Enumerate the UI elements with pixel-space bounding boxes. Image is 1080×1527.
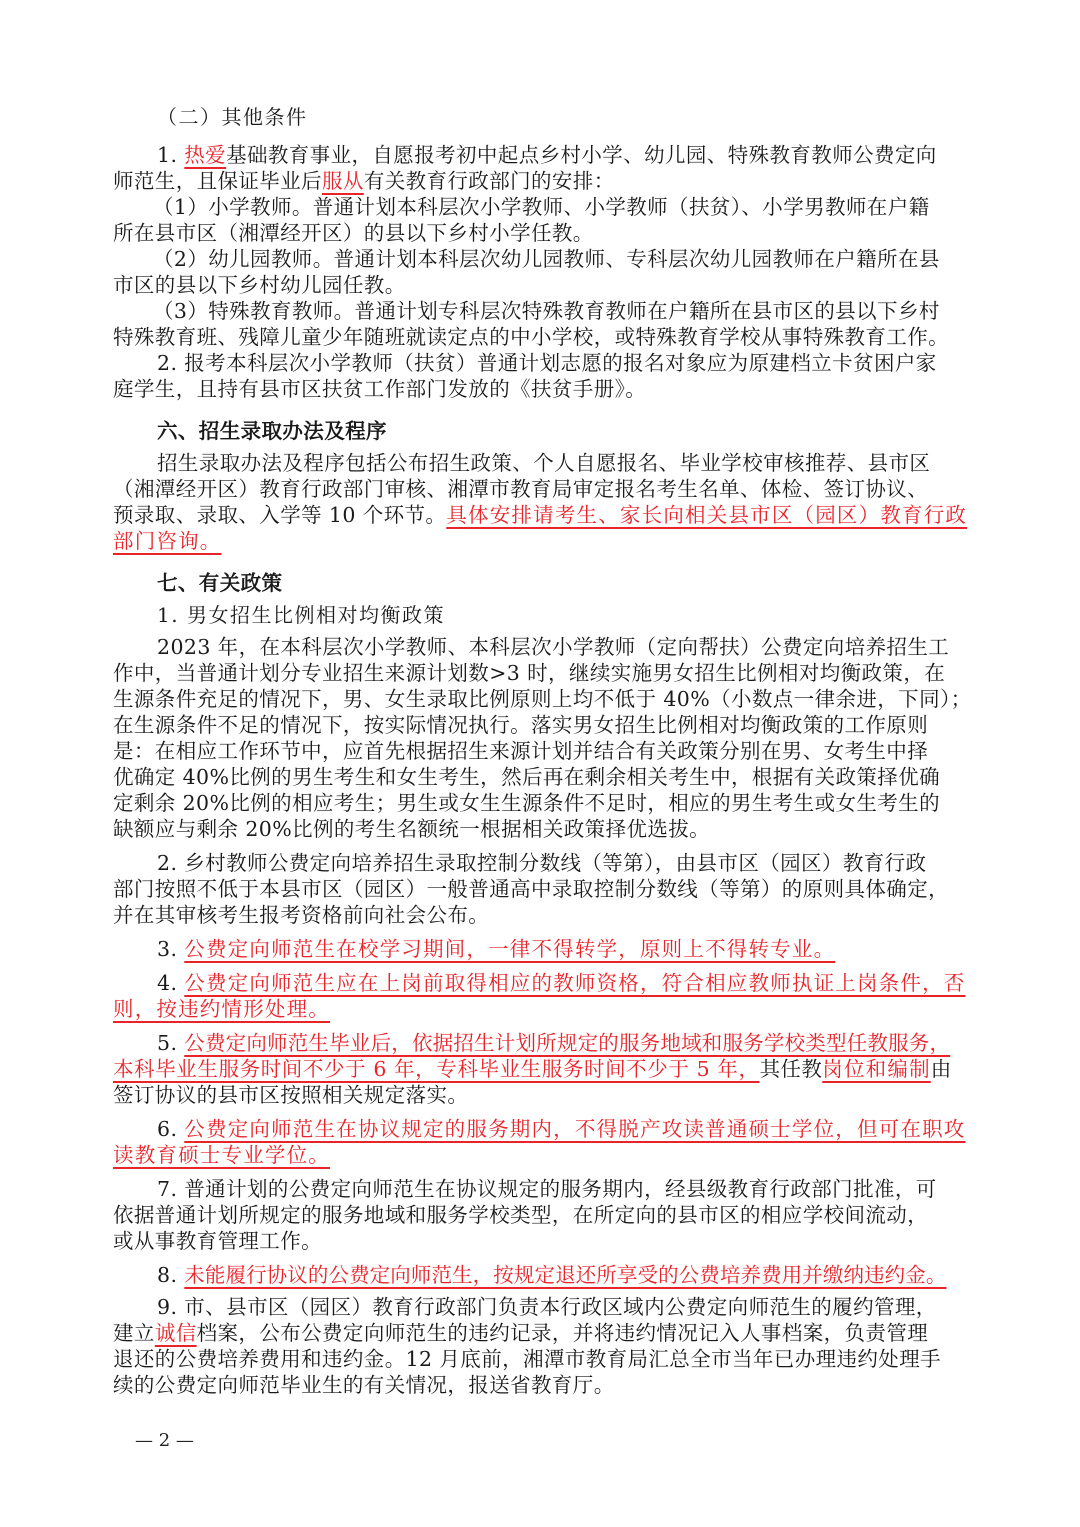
- highlight-text: 公费定向师范生在协议规定的服务期内，不得脱产攻读普通硕士学位，但可在职攻: [184, 1117, 965, 1141]
- policy2-line: 并在其审核考生报考资格前向社会公布。: [113, 902, 489, 928]
- policy9-line3: 退还的公费培养费用和违约金。12 月底前，湘潭市教育局汇总全市当年已办理违约处理…: [113, 1346, 941, 1372]
- policy9-line4: 续的公费定向师范毕业生的有关情况，报送省教育厅。: [113, 1372, 615, 1398]
- sub1-line2: 所在县市区（湘潭经开区）的县以下乡村小学任教。: [113, 220, 594, 246]
- highlight-text: 诚信: [155, 1321, 197, 1345]
- policy3: 3. 公费定向师范生在校学习期间，一律不得转学，原则上不得转专业。: [113, 936, 835, 962]
- sub1-line1: （1）小学教师。普通计划本科层次小学教师、小学教师（扶贫）、小学男教师在户籍: [109, 194, 930, 220]
- subsection-title: （二）其他条件: [113, 104, 308, 130]
- policy4-line1: 4. 公费定向师范生应在上岗前取得相应的教师资格，符合相应教师执证上岗条件，否: [113, 970, 965, 996]
- item2-line2: 庭学生，且持有县市区扶贫工作部门发放的《扶贫手册》。: [113, 376, 646, 402]
- policy9-line2: 建立诚信档案，公布公费定向师范生的违约记录，并将违约情况记入人事档案，负责管理: [113, 1320, 928, 1346]
- paragraph-text: 师范生，且保证毕业后: [113, 169, 322, 193]
- policy7-line: 或从事教育管理工作。: [113, 1228, 322, 1254]
- item-number: 1.: [157, 143, 184, 167]
- paragraph-text: 有关教育行政部门的安排：: [364, 169, 615, 193]
- item-number: 3.: [157, 937, 184, 961]
- highlight-text: 岗位和编制: [822, 1057, 931, 1081]
- highlight-text: 服从: [322, 169, 364, 193]
- item-number: 8.: [157, 1263, 184, 1287]
- sub3-line1: （3）特殊教育教师。普通计划专科层次特殊教育教师在户籍所在县市区的县以下乡村: [109, 298, 940, 324]
- document-page: （二）其他条件 1. 热爱基础教育事业，自愿报考初中起点乡村小学、幼儿园、特殊教…: [0, 0, 1080, 1527]
- page-number: — 2 —: [135, 1430, 194, 1451]
- highlight-text: 公费定向师范生毕业后，依据招生计划所规定的服务地域和服务学校类型任教服务，: [184, 1031, 950, 1055]
- policy9-line1: 9. 市、县市区（园区）教育行政部门负责本行政区域内公费定向师范生的履约管理，: [113, 1294, 937, 1320]
- sub2-line1: （2）幼儿园教师。普通计划本科层次幼儿园教师、专科层次幼儿园教师在户籍所在县: [109, 246, 940, 272]
- policy1-line: 生源条件充足的情况下，男、女生录取比例原则上均不低于 40%（小数点一律余进，下…: [113, 686, 972, 712]
- highlight-text: 热爱: [184, 143, 226, 167]
- highlight-text: 公费定向师范生应在上岗前取得相应的教师资格，符合相应教师执证上岗条件，否: [184, 971, 965, 995]
- paragraph-text: 基础教育事业，自愿报考初中起点乡村小学、幼儿园、特殊教育教师公费定向: [226, 143, 937, 167]
- highlight-text: 公费定向师范生在校学习期间，一律不得转学，原则上不得转专业。: [184, 937, 835, 961]
- highlight-text: 具体安排请考生、家长向相关县市区（园区）教育行政: [446, 503, 967, 527]
- paragraph-text: 其任教: [760, 1057, 823, 1081]
- policy5-line1: 5. 公费定向师范生毕业后，依据招生计划所规定的服务地域和服务学校类型任教服务，: [113, 1030, 950, 1056]
- policy1-line: 在生源条件不足的情况下，按实际情况执行。落实男女招生比例相对均衡政策的工作原则: [113, 712, 928, 738]
- policy1-line: 作中，当普通计划分专业招生来源计划数>3 时，继续实施男女招生比例相对均衡政策，…: [113, 660, 945, 686]
- item1-line1: 1. 热爱基础教育事业，自愿报考初中起点乡村小学、幼儿园、特殊教育教师公费定向: [113, 142, 937, 168]
- policy7-line: 依据普通计划所规定的服务地域和服务学校类型，在所定向的县市区的相应学校间流动，: [113, 1202, 928, 1228]
- paragraph-text: 档案，公布公费定向师范生的违约记录，并将违约情况记入人事档案，负责管理: [197, 1321, 929, 1345]
- policy1-line: 是：在相应工作环节中，应首先根据招生来源计划并结合有关政策分别在男、女考生中择: [113, 738, 928, 764]
- section-seven-heading: 七、有关政策: [113, 570, 282, 596]
- highlight-text: 部门咨询。: [113, 529, 222, 553]
- policy4-line2: 则，按违约情形处理。: [113, 996, 330, 1022]
- section-six-heading: 六、招生录取办法及程序: [113, 418, 387, 444]
- policy6-line1: 6. 公费定向师范生在协议规定的服务期内，不得脱产攻读普通硕士学位，但可在职攻: [113, 1116, 965, 1142]
- paragraph-text: 建立: [113, 1321, 155, 1345]
- policy1-line: 定剩余 20%比例的相应考生；男生或女生生源条件不足时，相应的男生考生或女生考生…: [113, 790, 940, 816]
- item-number: 5.: [157, 1031, 184, 1055]
- paragraph-text: 预录取、录取、入学等 10 个环节。: [113, 503, 446, 527]
- policy2-line: 部门按照不低于本县市区（园区）一般普通高中录取控制分数线（等第）的原则具体确定，: [113, 876, 949, 902]
- policy1-title: 1. 男女招生比例相对均衡政策: [113, 602, 445, 628]
- policy2-line: 2. 乡村教师公费定向培养招生录取控制分数线（等第），由县市区（园区）教育行政: [113, 850, 926, 876]
- highlight-text: 未能履行协议的公费定向师范生，按规定退还所享受的公费培养费用并缴纳违约金。: [184, 1263, 946, 1287]
- highlight-text: 则，按违约情形处理。: [113, 997, 330, 1021]
- policy1-line: 优确定 40%比例的男生考生和女生考生，然后再在剩余相关考生中，根据有关政策择优…: [113, 764, 940, 790]
- item-number: 6.: [157, 1117, 184, 1141]
- section-six-line3: 预录取、录取、入学等 10 个环节。具体安排请考生、家长向相关县市区（园区）教育…: [113, 502, 967, 528]
- policy8: 8. 未能履行协议的公费定向师范生，按规定退还所享受的公费培养费用并缴纳违约金。: [113, 1262, 946, 1288]
- highlight-text: 读教育硕士专业学位。: [113, 1143, 330, 1167]
- policy6-line2: 读教育硕士专业学位。: [113, 1142, 330, 1168]
- highlight-text: 本科毕业生服务时间不少于 6 年，专科毕业生服务时间不少于 5 年，: [113, 1057, 760, 1081]
- policy1-line: 缺额应与剩余 20%比例的考生名额统一根据相关政策择优选拔。: [113, 816, 710, 842]
- policy5-line2: 本科毕业生服务时间不少于 6 年，专科毕业生服务时间不少于 5 年，其任教岗位和…: [113, 1056, 952, 1082]
- policy5-line3: 签订协议的县市区按照相关规定落实。: [113, 1082, 468, 1108]
- item-number: 4.: [157, 971, 184, 995]
- policy7-line: 7. 普通计划的公费定向师范生在协议规定的服务期内，经县级教育行政部门批准，可: [113, 1176, 937, 1202]
- policy1-line: 2023 年，在本科层次小学教师、本科层次小学教师（定向帮扶）公费定向培养招生工: [113, 634, 949, 660]
- item1-line2: 师范生，且保证毕业后服从有关教育行政部门的安排：: [113, 168, 615, 194]
- section-six-line1: 招生录取办法及程序包括公布招生政策、个人自愿报名、毕业学校审核推荐、县市区: [113, 450, 930, 476]
- sub2-line2: 市区的县以下乡村幼儿园任教。: [113, 272, 406, 298]
- item2-line1: 2. 报考本科层次小学教师（扶贫）普通计划志愿的报名对象应为原建档立卡贫困户家: [113, 350, 937, 376]
- paragraph-text: 由: [931, 1057, 952, 1081]
- section-six-line2: （湘潭经开区）教育行政部门审核、湘潭市教育局审定报名考生名单、体检、签订协议、: [113, 476, 928, 502]
- section-six-line4: 部门咨询。: [113, 528, 222, 554]
- sub3-line2: 特殊教育班、残障儿童少年随班就读定点的中小学校，或特殊教育学校从事特殊教育工作。: [113, 324, 949, 350]
